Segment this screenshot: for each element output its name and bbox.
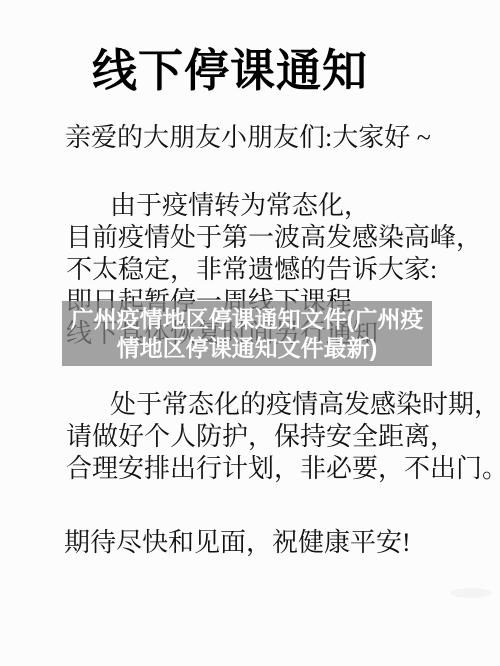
greeting-line: 亲爱的大朋友小朋友们:大家好 ~	[65, 117, 431, 154]
overlay-title-line-1: 广州疫情地区停课通知文件(广州疫	[71, 305, 424, 334]
seo-title-overlay-banner: 广州疫情地区停课通知文件(广州疫 情地区停课通知文件最新)	[62, 301, 432, 366]
paragraph-advice: 处于常态化的疫情高发感染时期， 请做好个人防护，保持安全距离， 合理安排出行计划…	[66, 389, 500, 485]
closing-line: 期待尽快和见面，祝健康平安!	[64, 522, 411, 559]
text-line: 由于疫情转为常态化，	[66, 190, 482, 222]
text-line: 请做好个人防护，保持安全距离，	[66, 421, 500, 453]
text-line: 不太稳定，非常遗憾的告诉大家:	[66, 254, 482, 286]
text-line: 目前疫情处于第一波高发感染高峰，	[66, 222, 482, 254]
text-line: 处于常态化的疫情高发感染时期，	[66, 389, 500, 421]
overlay-title-line-2: 情地区停课通知文件最新)	[117, 334, 378, 363]
notice-title: 线下停课通知	[92, 34, 368, 99]
faint-smudge	[450, 588, 492, 598]
notice-image: 线下停课通知 亲爱的大朋友小朋友们:大家好 ~ 由于疫情转为常态化， 目前疫情处…	[0, 0, 500, 666]
text-line: 合理安排出行计划，非必要，不出门。	[66, 453, 500, 485]
